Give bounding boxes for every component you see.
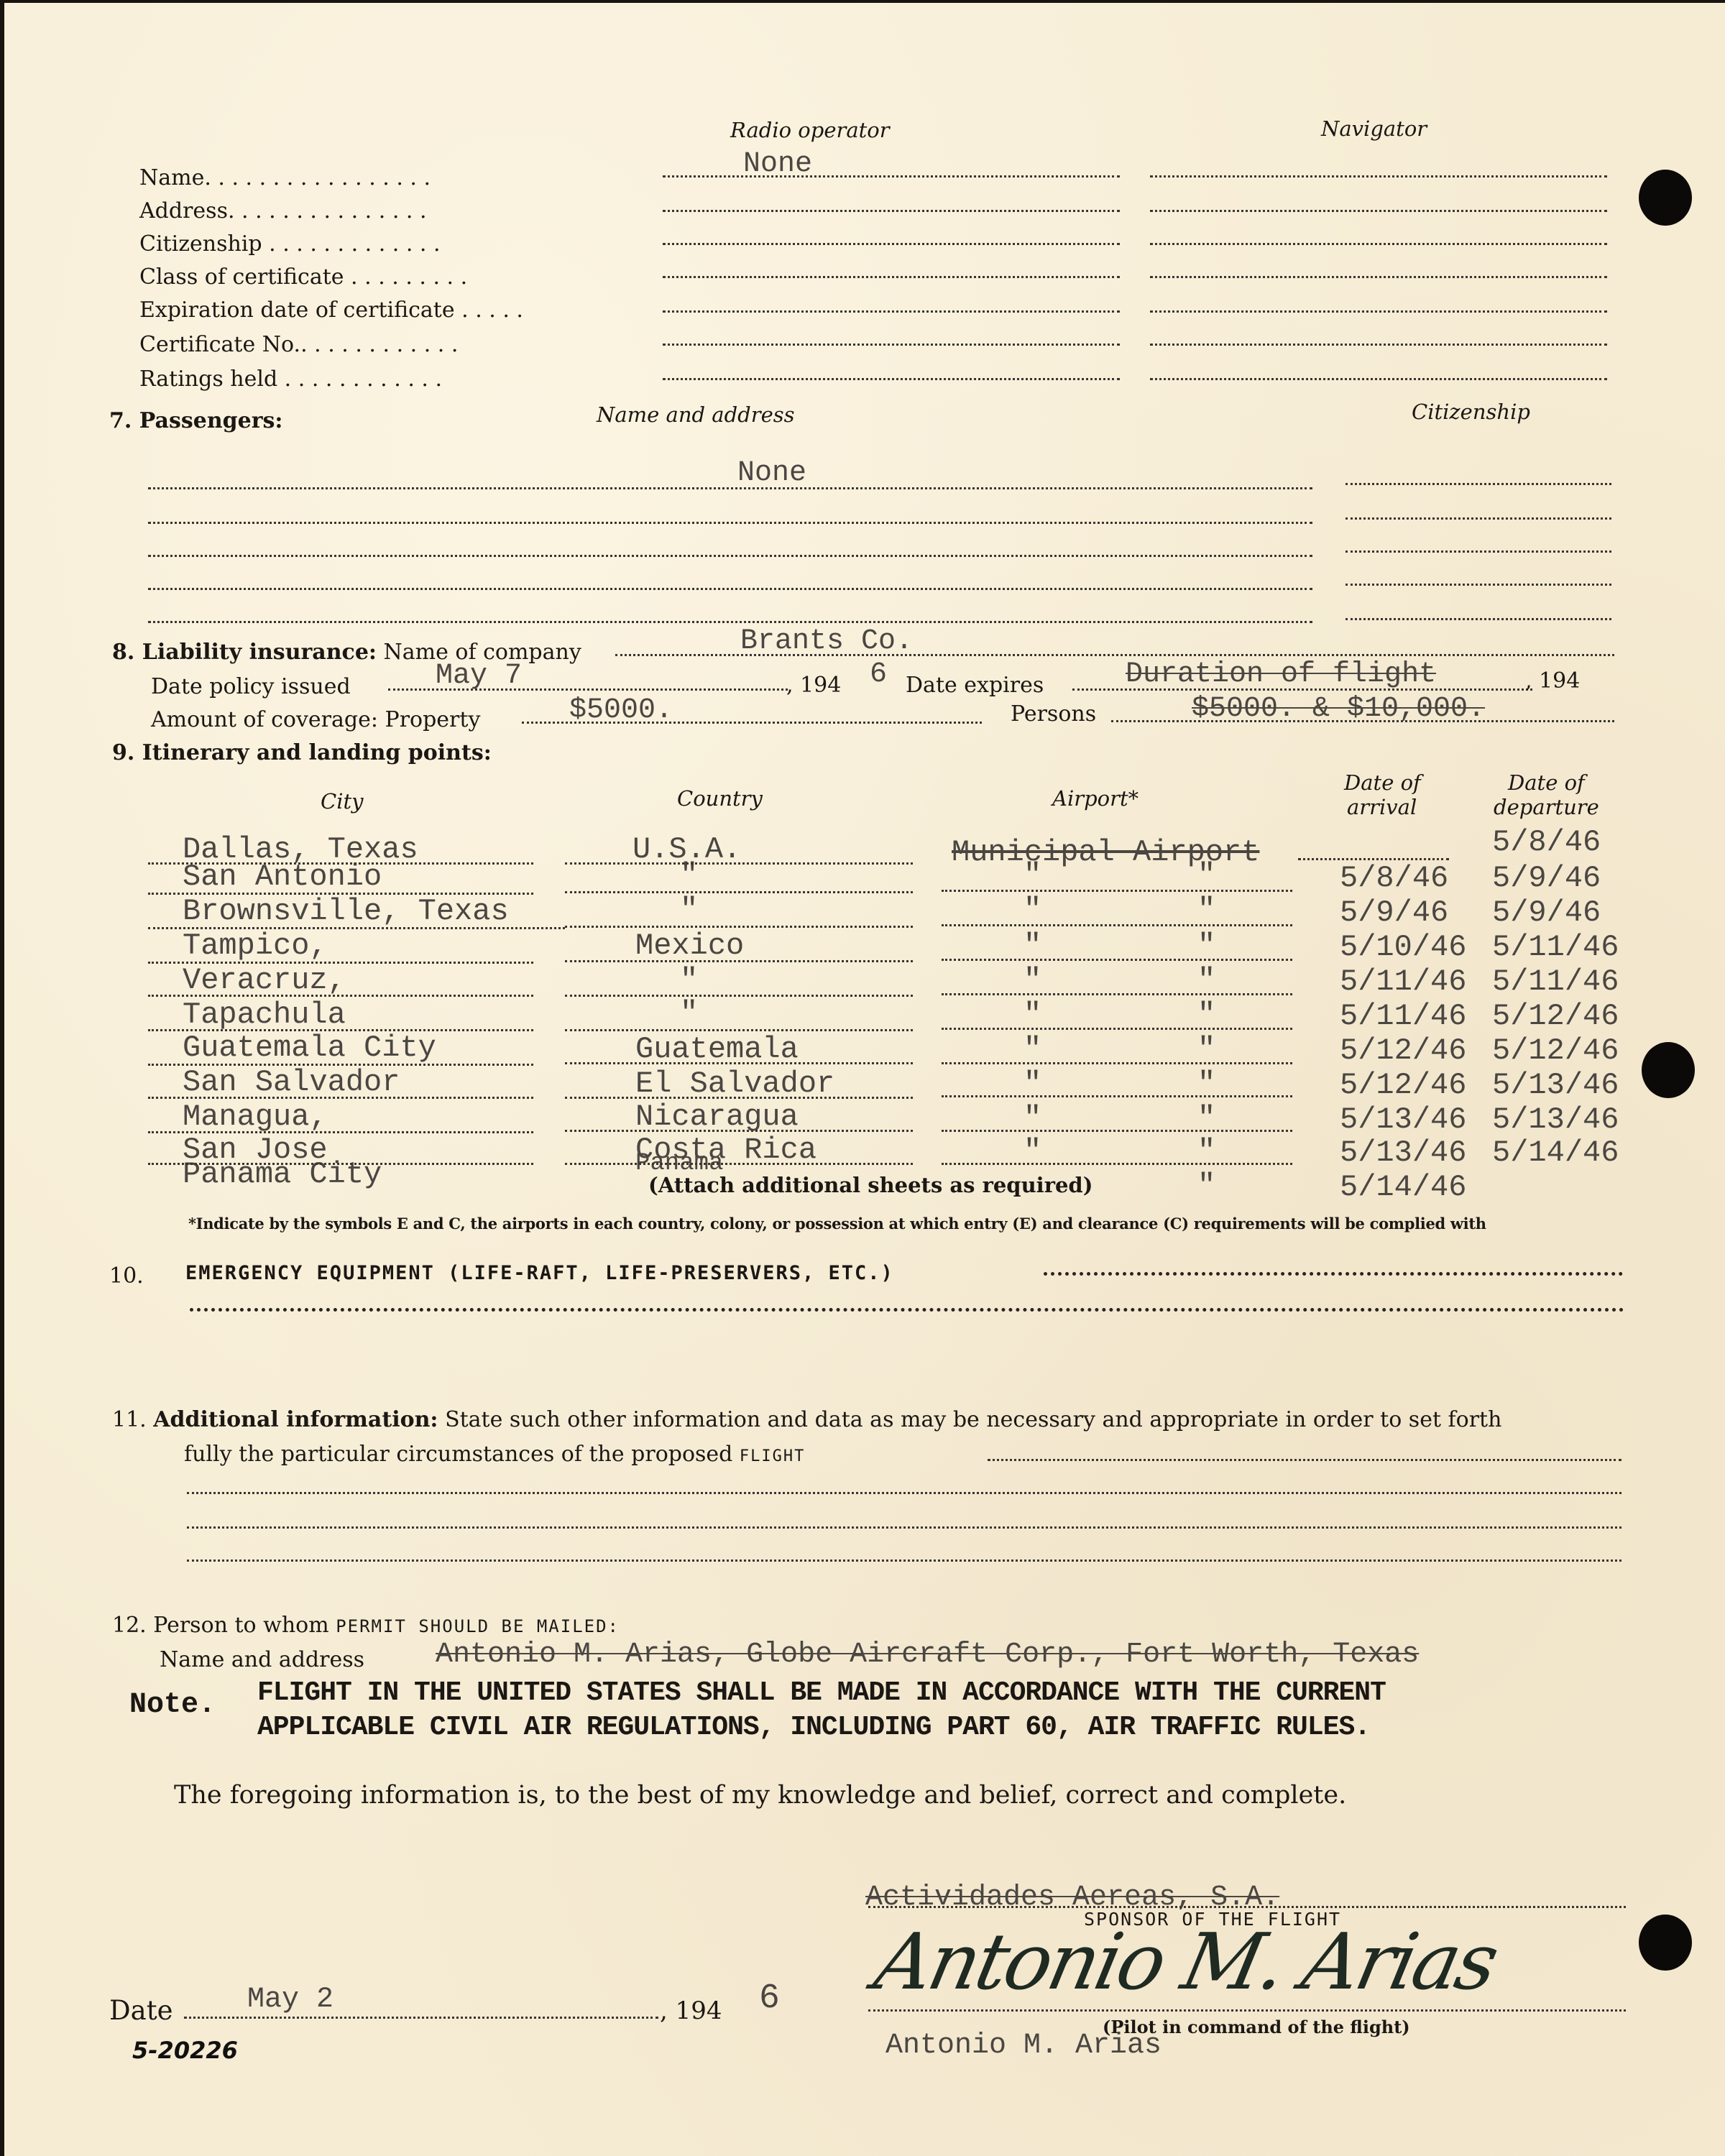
itinerary-arrival[interactable]: 5/10/46 [1340, 930, 1466, 964]
crew-citizenship-label: Citizenship . . . . . . . . . . . . . [139, 231, 441, 257]
sponsor-line [868, 1906, 1626, 1908]
itinerary-city[interactable]: Tapachula [183, 998, 346, 1032]
city-line-9 [148, 1163, 533, 1165]
itinerary-country[interactable]: El Salvador [635, 1067, 834, 1101]
itinerary-airport-2[interactable]: " [1197, 963, 1215, 998]
city-line-5 [148, 1029, 533, 1031]
itinerary-airport-2[interactable]: " [1197, 1169, 1215, 1203]
hole-punch-bottom [1639, 1915, 1692, 1971]
note-line2: APPLICABLE CIVIL AIR REGULATIONS, INCLUD… [257, 1712, 1370, 1743]
date-label: Date [109, 1995, 173, 2026]
city-line-1 [148, 893, 533, 895]
issued-line [388, 688, 788, 691]
city-line-8 [148, 1131, 533, 1133]
radio-ratings-line [663, 378, 1120, 380]
itinerary-departure[interactable]: 5/9/46 [1492, 895, 1601, 930]
nav-citizenship-line [1150, 243, 1607, 245]
document-page: Radio operator Navigator Name. . . . . .… [4, 3, 1725, 2156]
hole-punch-top [1639, 170, 1692, 226]
mailing-label: 12. Person to whom PERMIT SHOULD BE MAIL… [112, 1613, 620, 1638]
itinerary-airport-2[interactable]: " [1197, 998, 1215, 1032]
passenger-line-3 [148, 555, 1312, 557]
radio-address-line [663, 210, 1120, 212]
coverage-property-label: Amount of coverage: Property [151, 707, 480, 732]
certification-statement: The foregoing information is, to the bes… [174, 1781, 1346, 1810]
airport-line-1 [942, 890, 1292, 892]
itinerary-airport-header: Airport* [1052, 786, 1138, 811]
additional-line-4 [187, 1560, 1621, 1562]
itinerary-arrival[interactable]: 5/14/46 [1340, 1170, 1466, 1204]
additional-line-2 [187, 1492, 1621, 1494]
country-line-0 [565, 862, 913, 865]
passengers-citizenship-header: Citizenship [1412, 400, 1530, 424]
additional-label: Additional information: [153, 1407, 438, 1432]
crew-class-label: Class of certificate . . . . . . . . . [139, 264, 467, 290]
expires-label: Date expires [906, 673, 1044, 698]
itinerary-airport-2[interactable]: " [1197, 858, 1215, 893]
country-line-1 [565, 891, 913, 893]
itinerary-country[interactable]: Guatemala [635, 1032, 799, 1067]
nav-address-line [1150, 210, 1607, 212]
city-line-7 [148, 1097, 533, 1099]
expires-year-prefix: , 194 [1525, 668, 1580, 694]
country-line-9 [565, 1163, 913, 1165]
passengers-label: 7. Passengers: [109, 408, 282, 433]
airport-line-7 [942, 1095, 1292, 1097]
hole-punch-middle [1642, 1042, 1695, 1098]
airport-line-2 [942, 924, 1292, 926]
airport-line-8 [942, 1130, 1292, 1132]
persons-line [1111, 720, 1614, 722]
passengers-name-header: Name and address [597, 402, 795, 427]
mailing-section-title: 12. Person to whom [112, 1613, 329, 1638]
itinerary-departure[interactable]: 5/12/46 [1492, 999, 1619, 1033]
itinerary-arrival[interactable]: 5/12/46 [1340, 1033, 1466, 1068]
crew-expiration-label: Expiration date of certificate . . . . . [139, 298, 523, 323]
crew-address-label: Address. . . . . . . . . . . . . . . [139, 198, 427, 224]
itinerary-airport-2[interactable]: " [1197, 893, 1215, 927]
itinerary-departure[interactable]: 5/12/46 [1492, 1033, 1619, 1068]
itinerary-departure[interactable]: 5/11/46 [1492, 964, 1619, 999]
additional-text2-stamp: FLIGHT [740, 1447, 805, 1465]
passenger-cit-line-1 [1345, 483, 1611, 485]
attach-sheets-note: (Attach additional sheets as required) [648, 1173, 1092, 1197]
additional-text1: State such other information and data as… [445, 1407, 1501, 1432]
crew-name-label: Name. . . . . . . . . . . . . . . . . [139, 165, 431, 190]
itinerary-arrival[interactable]: 5/13/46 [1340, 1102, 1466, 1137]
additional-info-line2: fully the particular circumstances of th… [184, 1442, 805, 1467]
crew-ratings-label: Ratings held . . . . . . . . . . . . [139, 367, 442, 392]
additional-line-3 [187, 1526, 1621, 1529]
city-line-0 [148, 862, 533, 865]
radio-expiration-line [663, 310, 1120, 313]
itinerary-departure[interactable]: 5/9/46 [1492, 861, 1601, 895]
emergency-line-1 [1044, 1272, 1623, 1276]
additional-line-1 [988, 1459, 1621, 1461]
issued-year-value[interactable]: 6 [870, 658, 887, 691]
itinerary-airport[interactable]: " [1023, 893, 1041, 927]
radio-class-line [663, 276, 1120, 278]
expires-line [1072, 688, 1532, 691]
signature-line [868, 2009, 1626, 2012]
arrival-line-0 [1298, 858, 1449, 860]
additional-info-line1: 11. Additional information: State such o… [112, 1407, 1501, 1432]
itinerary-city[interactable]: Managua, [183, 1100, 328, 1134]
airport-line-5 [942, 1028, 1292, 1030]
city-line-4 [148, 995, 533, 997]
itinerary-arrival[interactable]: 5/9/46 [1340, 895, 1448, 930]
company-line [615, 654, 1614, 656]
itinerary-arrival[interactable]: 5/13/46 [1340, 1135, 1466, 1170]
date-line [184, 2017, 658, 2019]
itinerary-country-header: Country [677, 786, 763, 811]
itinerary-airport-2[interactable]: " [1197, 1032, 1215, 1067]
radio-citizenship-line [663, 243, 1120, 245]
nav-expiration-line [1150, 310, 1607, 313]
itinerary-city[interactable]: San Salvador [183, 1065, 400, 1100]
itinerary-city[interactable]: San Antonio [183, 860, 382, 894]
country-line-5 [565, 1029, 913, 1031]
file-number: 5-20226 [132, 2037, 238, 2064]
mailing-name-value[interactable]: Antonio M. Arias, Globe Aircraft Corp., … [436, 1639, 1419, 1671]
itinerary-country[interactable]: Mexico [635, 929, 744, 963]
itinerary-city[interactable]: Veracruz, [183, 963, 346, 998]
itinerary-airport[interactable]: " [1023, 998, 1041, 1032]
radio-name-line [663, 175, 1120, 178]
passenger-cit-line-4 [1345, 584, 1611, 586]
expires-value[interactable]: Duration of flight [1126, 658, 1436, 691]
note-line1: FLIGHT IN THE UNITED STATES SHALL BE MAD… [257, 1677, 1386, 1708]
nav-ratings-line [1150, 378, 1607, 380]
passenger-cit-line-5 [1345, 618, 1611, 620]
pilot-typed-name[interactable]: Antonio M. Arias [885, 2030, 1161, 2062]
itinerary-airport[interactable]: " [1023, 858, 1041, 893]
pilot-signature: Antonio M. Arias [868, 1917, 1504, 2007]
itinerary-departure-header-2: departure [1494, 795, 1599, 819]
itinerary-country[interactable]: " [680, 963, 698, 998]
itinerary-departure-header-1: Date of [1508, 770, 1585, 795]
itinerary-country[interactable]: " [680, 893, 698, 927]
policy-issued-label: Date policy issued [151, 674, 351, 699]
passengers-value[interactable]: None [737, 457, 806, 489]
passenger-line-5 [148, 621, 1312, 623]
city-line-3 [148, 962, 533, 964]
emergency-label: EMERGENCY EQUIPMENT (LIFE-RAFT, LIFE-PRE… [185, 1262, 894, 1284]
navigator-header: Navigator [1321, 116, 1427, 141]
itinerary-departure[interactable]: 5/11/46 [1492, 930, 1619, 964]
airport-line-3 [942, 959, 1292, 961]
city-line-6 [148, 1064, 533, 1066]
itinerary-departure[interactable]: 5/13/46 [1492, 1068, 1619, 1102]
itinerary-airport[interactable]: " [1023, 929, 1041, 963]
coverage-persons-label: Persons [1011, 701, 1096, 727]
itinerary-city[interactable]: Guatemala City [183, 1031, 436, 1065]
policy-issued-value[interactable]: May 7 [436, 660, 522, 692]
passenger-line-1 [148, 487, 1312, 489]
crew-certno-label: Certificate No.. . . . . . . . . . . . [139, 332, 458, 357]
nav-certno-line [1150, 344, 1607, 346]
itinerary-city-header: City [321, 789, 364, 814]
airport-line-9 [942, 1163, 1292, 1165]
airport-line-4 [942, 993, 1292, 995]
itinerary-city[interactable]: Tampico, [183, 929, 328, 963]
itinerary-arrival[interactable]: 5/12/46 [1340, 1068, 1466, 1102]
itinerary-country[interactable]: " [680, 996, 698, 1031]
date-year-prefix: , 194 [660, 1996, 722, 2025]
itinerary-arrival[interactable]: 5/11/46 [1340, 999, 1466, 1033]
passenger-line-2 [148, 522, 1312, 524]
passenger-line-4 [148, 588, 1312, 590]
itinerary-airport-2[interactable]: " [1197, 929, 1215, 963]
property-line [522, 722, 982, 724]
insurance-company-value[interactable]: Brants Co. [740, 625, 913, 658]
itinerary-footnote: *Indicate by the symbols E and C, the ai… [188, 1215, 1486, 1233]
itinerary-arrival-header-1: Date of [1344, 770, 1421, 795]
mailing-name-label: Name and address [160, 1647, 364, 1672]
country-line-6 [565, 1062, 913, 1064]
airport-line-6 [942, 1062, 1292, 1064]
itinerary-airport[interactable]: " [1023, 1032, 1041, 1067]
itinerary-arrival-header-2: arrival [1347, 795, 1417, 819]
itinerary-label: 9. Itinerary and landing points: [112, 740, 492, 765]
country-line-2 [565, 926, 913, 928]
date-year-value[interactable]: 6 [759, 1979, 780, 2018]
date-value[interactable]: May 2 [247, 1984, 333, 2016]
country-line-8 [565, 1130, 913, 1132]
itinerary-arrival[interactable]: 5/8/46 [1340, 861, 1448, 895]
nav-class-line [1150, 276, 1607, 278]
itinerary-departure[interactable]: 5/8/46 [1492, 825, 1601, 860]
itinerary-arrival[interactable]: 5/11/46 [1340, 964, 1466, 999]
radio-certno-line [663, 344, 1120, 346]
insurance-section-title: 8. Liability insurance: [112, 640, 377, 665]
city-line-2 [148, 927, 565, 929]
mailing-stamp: PERMIT SHOULD BE MAILED: [336, 1616, 620, 1636]
itinerary-country[interactable]: Nicaragua [635, 1100, 799, 1134]
country-line-4 [565, 995, 913, 997]
additional-number: 11. [112, 1407, 147, 1432]
nav-name-line [1150, 175, 1607, 178]
additional-text2: fully the particular circumstances of th… [184, 1442, 732, 1467]
itinerary-departure[interactable]: 5/14/46 [1492, 1135, 1619, 1170]
itinerary-city[interactable]: Brownsville, Texas [183, 894, 509, 929]
country-line-3 [565, 960, 913, 962]
emergency-number: 10. [109, 1263, 144, 1289]
itinerary-departure[interactable]: 5/13/46 [1492, 1102, 1619, 1137]
passenger-cit-line-3 [1345, 550, 1611, 553]
itinerary-airport[interactable]: " [1023, 963, 1041, 998]
issued-year-prefix: , 194 [786, 673, 841, 698]
country-line-7 [565, 1097, 913, 1099]
emergency-line-2 [190, 1308, 1624, 1312]
radio-operator-header: Radio operator [730, 118, 890, 142]
passenger-cit-line-2 [1345, 517, 1611, 520]
note-prefix: Note. [129, 1689, 216, 1721]
